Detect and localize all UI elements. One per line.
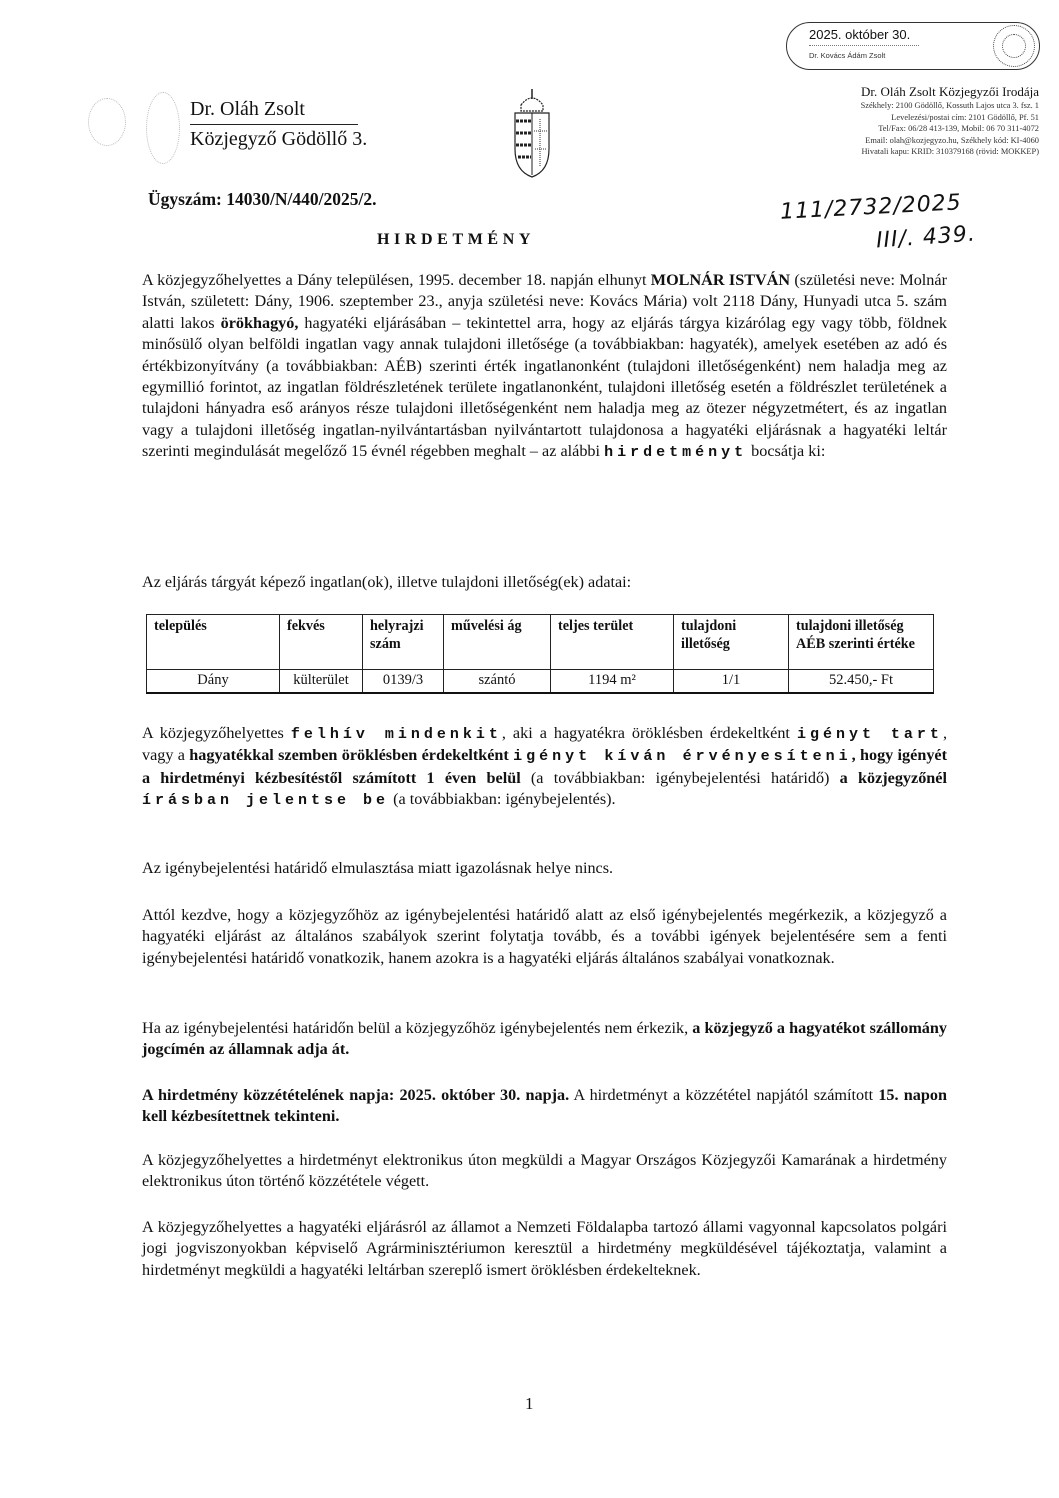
handwritten-reference: III/. 439. [875,222,976,254]
text: (a továbbiakban: igénybejelentés). [389,790,616,808]
office-address-block: Dr. Oláh Zsolt Közjegyzői Irodája Székhe… [679,84,1039,158]
column-header: teljes terület [551,615,674,670]
emphasis: felhív mindenkit [291,726,502,743]
emphasis: igényt tart [797,726,943,743]
table-cell: szántó [444,670,551,694]
stamp-date: 2025. október 30. [809,27,910,42]
role: örökhagyó, [221,314,299,332]
text: bocsátja ki: [747,442,825,460]
paragraph-ministry: A közjegyzőhelyettes a hagyatéki eljárás… [142,1217,947,1281]
coat-of-arms-icon [511,87,553,179]
table-header-row: település fekvés helyrajzi szám művelési… [147,615,934,670]
table-intro: Az eljárás tárgyát képező ingatlan(ok), … [142,572,947,593]
text: A közjegyzőhelyettes a Dány településen,… [142,271,651,289]
office-line: Székhely: 2100 Gödöllő, Kossuth Lajos ut… [679,100,1039,112]
publication-date: A hirdetmény közzétételének napja: 2025.… [142,1086,569,1104]
paragraph-procedure: Attól kezdve, hogy a közjegyzőhöz az igé… [142,905,947,969]
paragraph-no-remedy: Az igénybejelentési határidő elmulasztás… [142,858,947,879]
column-header: tulajdoni illetőség AÉB szerinti értéke [789,615,934,670]
page-number: 1 [525,1394,534,1414]
paragraph-escheat: Ha az igénybejelentési határidőn belül a… [142,1018,947,1061]
table-cell: 0139/3 [363,670,444,694]
office-line: Tel/Fax: 06/28 413-139, Mobil: 06 70 311… [679,123,1039,135]
round-seal-icon [993,25,1035,67]
stamp-signature-line [809,45,919,46]
column-header: település [147,615,280,670]
handwritten-reference: 111/2732/2025 [779,190,962,224]
case-number: Ügyszám: 14030/N/440/2025/2. [148,189,376,210]
column-header: fekvés [280,615,363,670]
paragraph-chamber: A közjegyzőhelyettes a hirdetményt elekt… [142,1150,947,1193]
heading-divider [190,124,358,125]
table-cell: 1/1 [674,670,789,694]
emphasis: hirdetményt [604,444,747,461]
column-header: művelési ág [444,615,551,670]
stamp-name: Dr. Kovács Ádám Zsolt [809,51,885,60]
document-title: HIRDETMÉNY [377,231,535,249]
office-line: Email: olah@kozjegyzo.hu, Székhely kód: … [679,135,1039,147]
table-cell: Dány [147,670,280,694]
column-header: helyrajzi szám [363,615,444,670]
property-table: település fekvés helyrajzi szám művelési… [146,614,934,694]
emphasis: írásban jelentse be [142,792,389,809]
table-cell: 1194 m² [551,670,674,694]
table-cell: 52.450,- Ft [789,670,934,694]
column-header: tulajdoni illetőség [674,615,789,670]
office-title: Dr. Oláh Zsolt Közjegyzői Irodája [679,84,1039,100]
text: Ha az igénybejelentési határidőn belül a… [142,1019,692,1037]
paragraph-call: A közjegyzőhelyettes felhív mindenkit, a… [142,723,947,812]
text: , aki a hagyatékra öröklésben érdekeltké… [502,724,797,742]
paragraph-intro: A közjegyzőhelyettes a Dány településen,… [142,270,947,464]
office-line: Levelezési/postai cím: 2101 Gödöllő, Pf.… [679,112,1039,124]
emphasis: hagyatékkal szemben öröklésben érdekeltk… [189,746,509,764]
notary-office: Közjegyző Gödöllő 3. [190,128,367,151]
text: A hirdetményt a közzététel napjától szám… [569,1086,878,1104]
faint-seal-icon [88,98,126,146]
table-cell: külterület [280,670,363,694]
emphasis: igényt kíván érvényesíteni [513,748,852,765]
text: (a továbbiakban: igénybejelentési határi… [521,769,840,787]
emphasis: a közjegyzőnél [840,769,947,787]
text: hagyatéki eljárásában – tekintettel arra… [142,314,947,460]
office-line: Hivatali kapu: KRID: 310379168 (rövid: M… [679,146,1039,158]
paragraph-publication-date: A hirdetmény közzétételének napja: 2025.… [142,1085,947,1128]
faint-seal-icon [146,92,180,164]
text: A közjegyzőhelyettes [142,724,291,742]
decedent-name: MOLNÁR ISTVÁN [651,271,790,289]
notary-name: Dr. Oláh Zsolt [190,98,305,121]
table-row: Dány külterület 0139/3 szántó 1194 m² 1/… [147,670,934,694]
received-stamp: 2025. október 30. Dr. Kovács Ádám Zsolt [786,22,1040,70]
